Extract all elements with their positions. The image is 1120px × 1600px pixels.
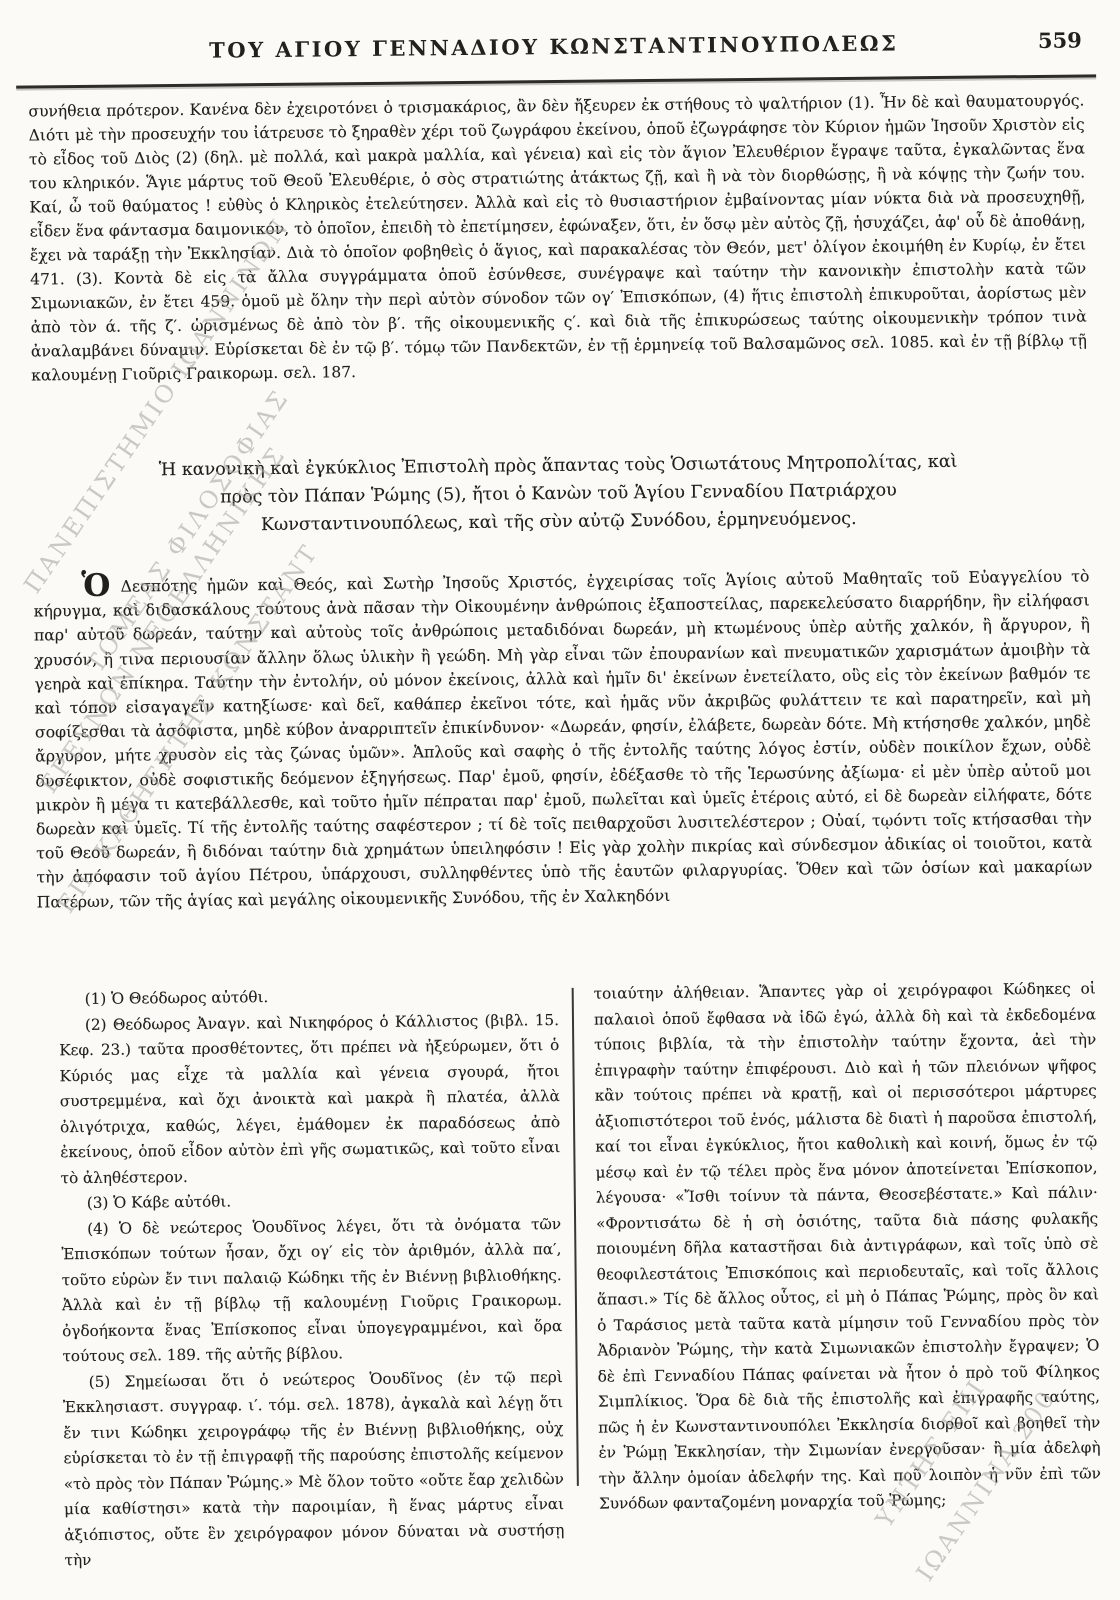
footnote-5: (5) Σημείωσαι ὅτι ὁ νεώτερος Ὁουδῖνος (ἐ… bbox=[63, 1365, 565, 1574]
footnote-4: (4) Ὁ δὲ νεώτερος Ὁουδῖνος λέγει, ὅτι τὰ… bbox=[61, 1212, 563, 1370]
drop-cap-initial: Ὁ bbox=[81, 568, 111, 604]
body-paragraph-text: Δεσπότης ἡμῶν καὶ Θεός, καὶ Σωτὴρ Ἰησοῦς… bbox=[34, 566, 1093, 911]
page-number: 559 bbox=[1038, 28, 1082, 53]
scan-tilt-wrapper: ΤΟΥ ΑΓΙΟΥ ΓΕΝΝΑΔΙΟΥ ΚΩΝΣΤΑΝΤΙΝΟΥΠΟΛΕΩΣ 5… bbox=[0, 0, 1120, 1600]
footnote-2: (2) Θεόδωρος Ἀναγν. καὶ Νικηφόρος ὁ Κάλλ… bbox=[59, 1008, 561, 1192]
section-heading: Ἡ κανονικὴ καὶ ἐγκύκλιος Ἐπιστολὴ πρὸς ἅ… bbox=[88, 447, 1029, 541]
footnote-5-continuation: τοιαύτην ἀλήθειαν. Ἅπαντες γὰρ οἱ χειρόγ… bbox=[594, 976, 1102, 1517]
scanned-book-page: ΤΟΥ ΑΓΙΟΥ ΓΕΝΝΑΔΙΟΥ ΚΩΝΣΤΑΝΤΙΝΟΥΠΟΛΕΩΣ 5… bbox=[0, 0, 1120, 1600]
running-header-title: ΤΟΥ ΑΓΙΟΥ ΓΕΝΝΑΔΙΟΥ ΚΩΝΣΤΑΝΤΙΝΟΥΠΟΛΕΩΣ bbox=[0, 28, 1114, 65]
footnote-column-divider bbox=[572, 988, 579, 1486]
footnotes-right-column: τοιαύτην ἀλήθειαν. Ἅπαντες γὰρ οἱ χειρόγ… bbox=[594, 976, 1102, 1517]
header-rule bbox=[16, 74, 1096, 88]
body-paragraph: Ὁ Δεσπότης ἡμῶν καὶ Θεός, καὶ Σωτὴρ Ἰησο… bbox=[33, 564, 1092, 914]
footnotes-left-column: (1) Ὁ Θεόδωρος αὐτόθι. (2) Θεόδωρος Ἀναγ… bbox=[59, 982, 565, 1574]
intro-paragraph: συνήθεια πρότερον. Κανένα δὲν ἐχειροτόνε… bbox=[28, 88, 1087, 387]
